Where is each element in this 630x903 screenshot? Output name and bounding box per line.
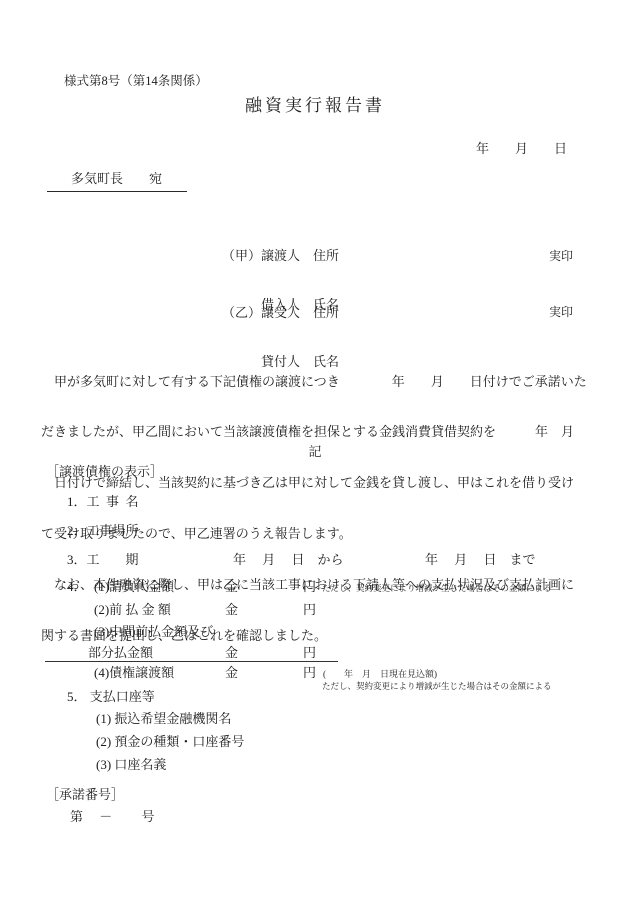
contract-amount-label: (1)請負代金額 <box>94 579 174 595</box>
assigned-claim-paren-note: ( 年 月 日現在見込額) <box>323 669 437 680</box>
document-title: 融資実行報告書 <box>0 95 630 116</box>
period-from-blank: 年 月 日 から <box>233 552 344 568</box>
amounts-number: 4． <box>67 579 87 595</box>
item-payment-account: 5． 支払口座等 <box>67 689 155 705</box>
approval-number-blank: 第 － 号 <box>70 809 155 825</box>
bank-name-label: (1) 振込希望金融機関名 <box>96 711 231 727</box>
assigned-claim-yen: 円 <box>303 665 316 681</box>
partial-payment-label: 部分払金額 <box>88 645 153 661</box>
account-type-number-label: (2) 預金の種類・口座番号 <box>96 734 244 750</box>
party-otsu-seal-label: 実印 <box>549 305 573 320</box>
advance-amount-kin: 金 <box>225 602 238 618</box>
advance-amount-yen: 円 <box>303 602 316 618</box>
advance-amount-label: (2)前 払 金 額 <box>94 602 171 618</box>
approval-number-heading: ［承諾番号］ <box>46 787 124 803</box>
item-construction-name: 1．工 事 名 <box>67 494 139 510</box>
partial-payment-yen: 円 <box>303 645 316 661</box>
schedule-heading: ［譲渡債権の表示］ <box>46 464 163 480</box>
contract-amount-note: ただし、契約変更により増減が生じた場合はその金額による <box>322 583 552 594</box>
party-otsu-line1: （乙）譲受人 住所 <box>222 305 339 322</box>
date-blank-line: 年 月 日 <box>476 141 567 157</box>
period-to-blank: 年 月 日 まで <box>425 552 536 568</box>
account-holder-label: (3) 口座名義 <box>96 757 166 773</box>
loan-report-document: 様式第8号（第14条関係） 融資実行報告書 年 月 日 多気町長 宛 （甲）譲渡… <box>0 0 630 903</box>
body-line: だきましたが、甲乙間において当該譲渡債権を担保とする金銭消費貸借契約を 年 月 <box>41 423 587 441</box>
assigned-claim-note: ただし、契約変更により増減が生じた場合はその金額による <box>322 681 552 692</box>
addressee-line: 多気町長 宛 <box>47 171 187 192</box>
assigned-claim-kin: 金 <box>225 665 238 681</box>
body-line: 甲が多気町に対して有する下記債権の譲渡につき 年 月 日付けでご承諾いた <box>41 373 587 391</box>
party-kou-line1: （甲）譲渡人 住所 <box>222 248 339 265</box>
assigned-claim-label: (4)債権譲渡額 <box>94 665 174 681</box>
partial-payment-kin: 金 <box>225 645 238 661</box>
contract-amount-yen: 円 <box>303 579 316 595</box>
ki-separator-label: 記 <box>0 444 630 460</box>
form-number: 様式第8号（第14条関係） <box>64 74 208 90</box>
partial-payment-underline <box>45 661 338 662</box>
interim-advance-label: (3)中間前払金額及び <box>94 624 213 640</box>
party-kou-seal-label: 実印 <box>549 249 573 264</box>
item-construction-site: 2．工事場所 <box>67 523 139 539</box>
contract-amount-kin: 金 <box>225 579 238 595</box>
period-label: 3．工 期 <box>67 552 139 568</box>
